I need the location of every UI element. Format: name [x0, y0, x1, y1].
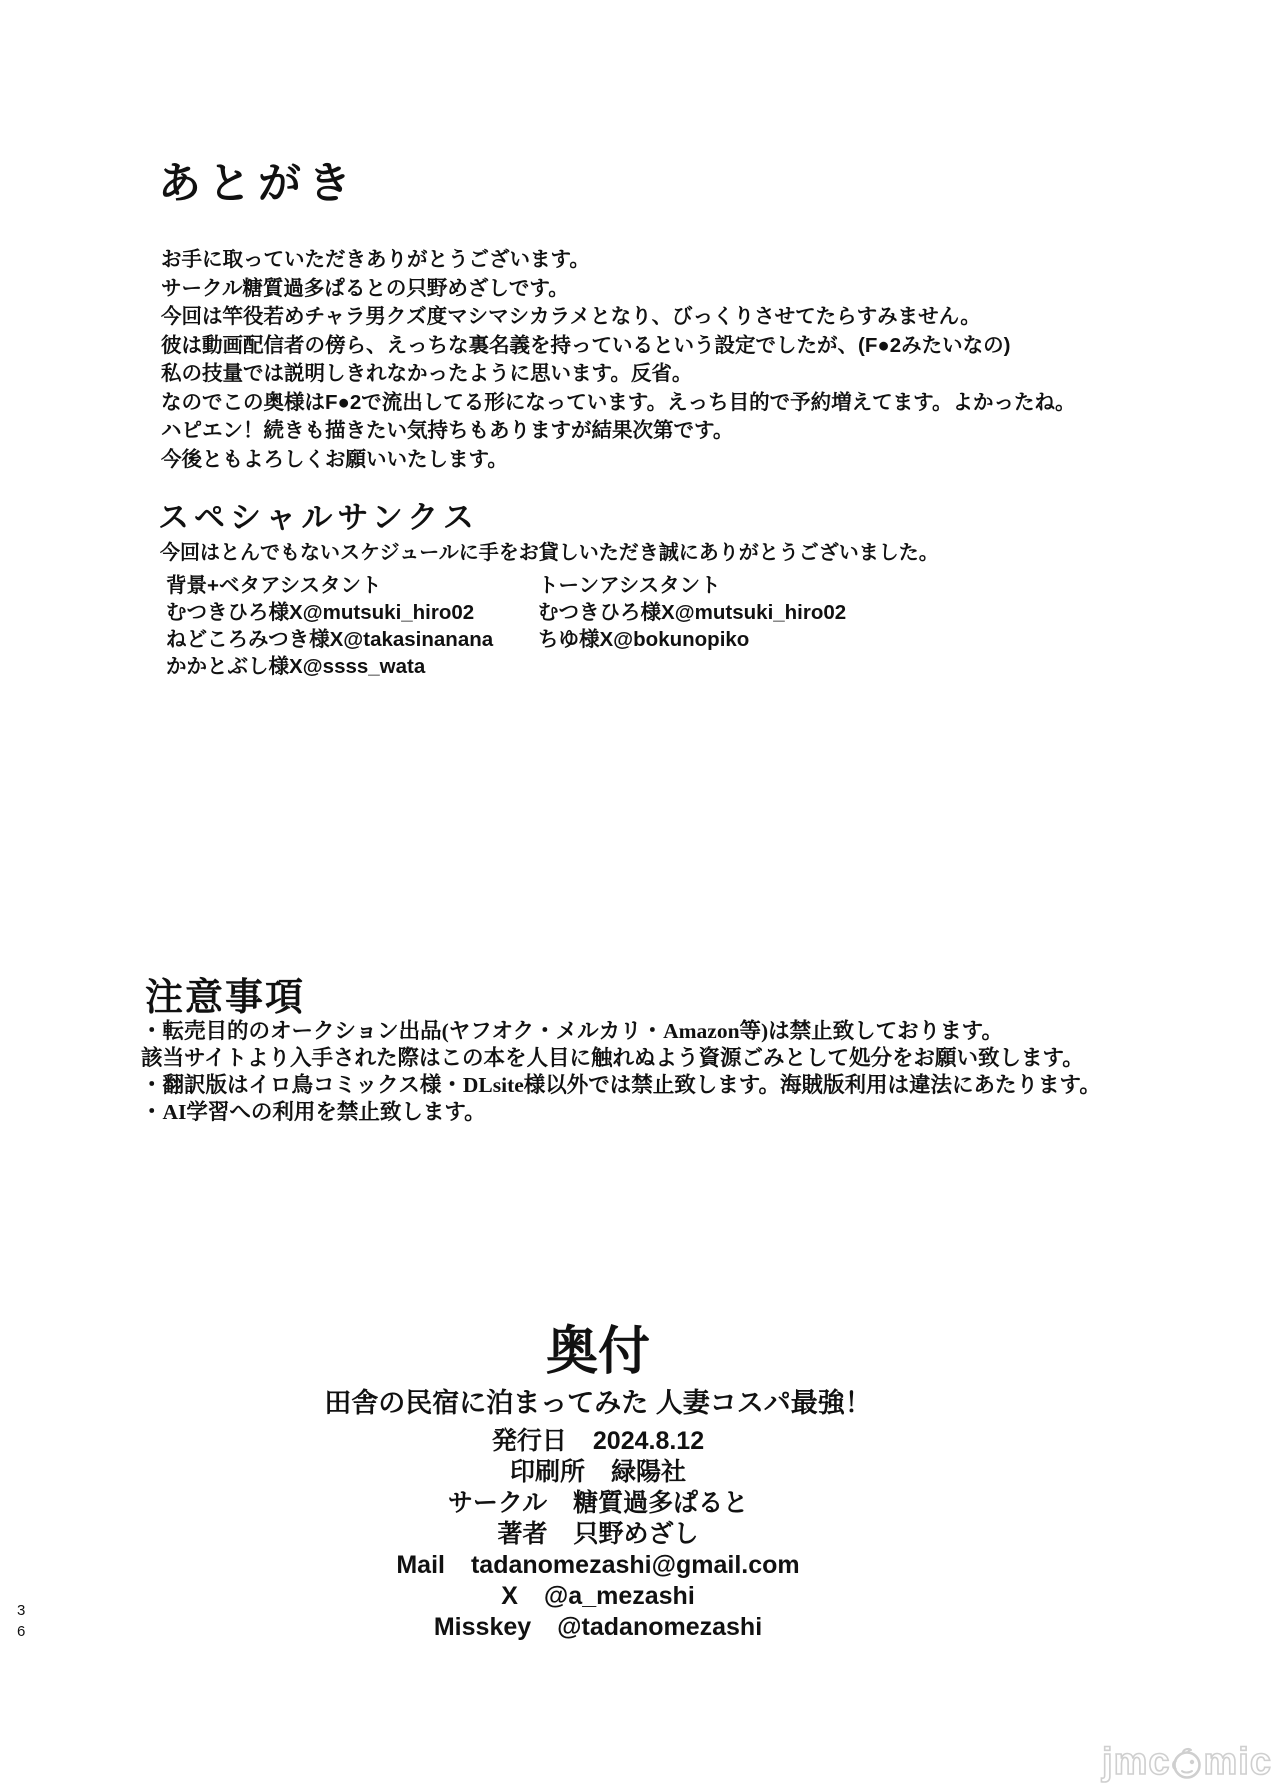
page-number-digit: 3: [17, 1600, 25, 1621]
colophon-label: Misskey: [434, 1612, 531, 1643]
credits-column-tone: トーンアシスタント むつきひろ様X@mutsuki_hiro02 ちゆ様X@bo…: [538, 572, 846, 653]
page-number: 3 6: [17, 1600, 25, 1642]
credits-member: むつきひろ様X@mutsuki_hiro02: [166, 599, 493, 626]
afterword-line: 今後ともよろしくお願いいたします。: [161, 446, 1076, 475]
jmcomic-watermark: jmc mic: [1102, 1741, 1272, 1784]
notice-line: ・転売目的のオークション出品(ヤフオク・メルカリ・Amazon等)は禁止致してお…: [141, 1018, 1101, 1045]
colophon-label: 著者: [497, 1519, 547, 1550]
afterword-line: お手に取っていただきありがとうございます。: [161, 246, 1076, 275]
afterword-line: 彼は動画配信者の傍ら、えっちな裏名義を持っているという設定でしたが、(F●2みた…: [161, 332, 1076, 361]
special-thanks-heading: スペシャルサンクス: [158, 492, 479, 537]
colophon-row-misskey: Misskey @tadanomezashi: [0, 1612, 1196, 1643]
watermark-text-left: jmc: [1102, 1741, 1170, 1784]
colophon-rows: 発行日 2024.8.12 印刷所 緑陽社 サークル 糖質過多ぱると 著者 只野…: [0, 1426, 1196, 1643]
colophon-value: 只野めざし: [574, 1519, 699, 1550]
afterword-heading: あとがき: [158, 150, 358, 211]
colophon-value: @a_mezashi: [544, 1581, 695, 1612]
afterword-line: 私の技量では説明しきれなかったように思います。反省。: [161, 360, 1076, 389]
book-title: 田舎の民宿に泊まってみた 人妻コスパ最強！: [0, 1386, 1196, 1420]
colophon-row-author: 著者 只野めざし: [0, 1519, 1196, 1550]
colophon-heading: 奥付: [0, 1322, 1196, 1382]
colophon-value: 糖質過多ぱると: [573, 1488, 748, 1519]
colophon-row-printer: 印刷所 緑陽社: [0, 1457, 1196, 1488]
afterword-body: お手に取っていただきありがとうございます。 サークル糖質過多ぱるとの只野めざしで…: [161, 246, 1076, 474]
credits-member: かかとぶし様X@ssss_wata: [166, 653, 493, 680]
afterword-line: 今回は竿役若めチャラ男クズ度マシマシカラメとなり、びっくりさせてたらすみません。: [161, 303, 1076, 332]
colophon-label: X: [501, 1581, 518, 1612]
watermark-text-right: mic: [1204, 1741, 1272, 1784]
colophon-label: 発行日: [492, 1426, 567, 1457]
notice-line: ・翻訳版はイロ鳥コミックス様・DLsite様以外では禁止致します。海賊版利用は違…: [141, 1072, 1101, 1099]
credits-member: ちゆ様X@bokunopiko: [538, 626, 846, 653]
colophon-row-circle: サークル 糖質過多ぱると: [0, 1488, 1196, 1519]
colophon-value: tadanomezashi@gmail.com: [471, 1550, 800, 1581]
colophon-label: サークル: [448, 1488, 547, 1519]
credits-member: むつきひろ様X@mutsuki_hiro02: [538, 599, 846, 626]
colophon-row-mail: Mail tadanomezashi@gmail.com: [0, 1550, 1196, 1581]
afterword-line: ハピエン！続きも描きたい気持ちもありますが結果次第です。: [161, 417, 1076, 446]
afterword-line: サークル糖質過多ぱるとの只野めざしです。: [161, 275, 1076, 304]
colophon: 奥付 田舎の民宿に泊まってみた 人妻コスパ最強！ 発行日 2024.8.12 印…: [0, 1322, 1196, 1643]
colophon-row-x: X @a_mezashi: [0, 1581, 1196, 1612]
colophon-value: @tadanomezashi: [557, 1612, 762, 1643]
credits-column-background-beta: 背景+ベタアシスタント むつきひろ様X@mutsuki_hiro02 ねどころみ…: [166, 572, 493, 680]
doujinshi-afterword-page: あとがき お手に取っていただきありがとうございます。 サークル糖質過多ぱるとの只…: [0, 0, 1280, 1790]
afterword-line: なのでこの奥様はF●2で流出してる形になっています。えっち目的で予約増えてます。…: [161, 389, 1076, 418]
colophon-label: Mail: [396, 1550, 445, 1581]
credits-column-title: トーンアシスタント: [538, 572, 846, 599]
notice-body: ・転売目的のオークション出品(ヤフオク・メルカリ・Amazon等)は禁止致してお…: [141, 1018, 1101, 1126]
credits-member: ねどころみつき様X@takasinanana: [166, 626, 493, 653]
special-thanks-intro: 今回はとんでもないスケジュールに手をお貸しいただき誠にありがとうございました。: [160, 536, 939, 565]
colophon-label: 印刷所: [510, 1457, 585, 1488]
notice-line: ・AI学習への利用を禁止致します。: [141, 1099, 1101, 1126]
fish-icon: [1169, 1745, 1205, 1781]
page-number-digit: 6: [17, 1621, 25, 1642]
colophon-row-publish-date: 発行日 2024.8.12: [0, 1426, 1196, 1457]
colophon-value: 2024.8.12: [593, 1426, 704, 1457]
notice-line: 該当サイトより入手された際はこの本を人目に触れぬよう資源ごみとして処分をお願い致…: [141, 1045, 1101, 1072]
colophon-value: 緑陽社: [611, 1457, 686, 1488]
notice-heading: 注意事項: [145, 966, 305, 1021]
credits-column-title: 背景+ベタアシスタント: [166, 572, 493, 599]
